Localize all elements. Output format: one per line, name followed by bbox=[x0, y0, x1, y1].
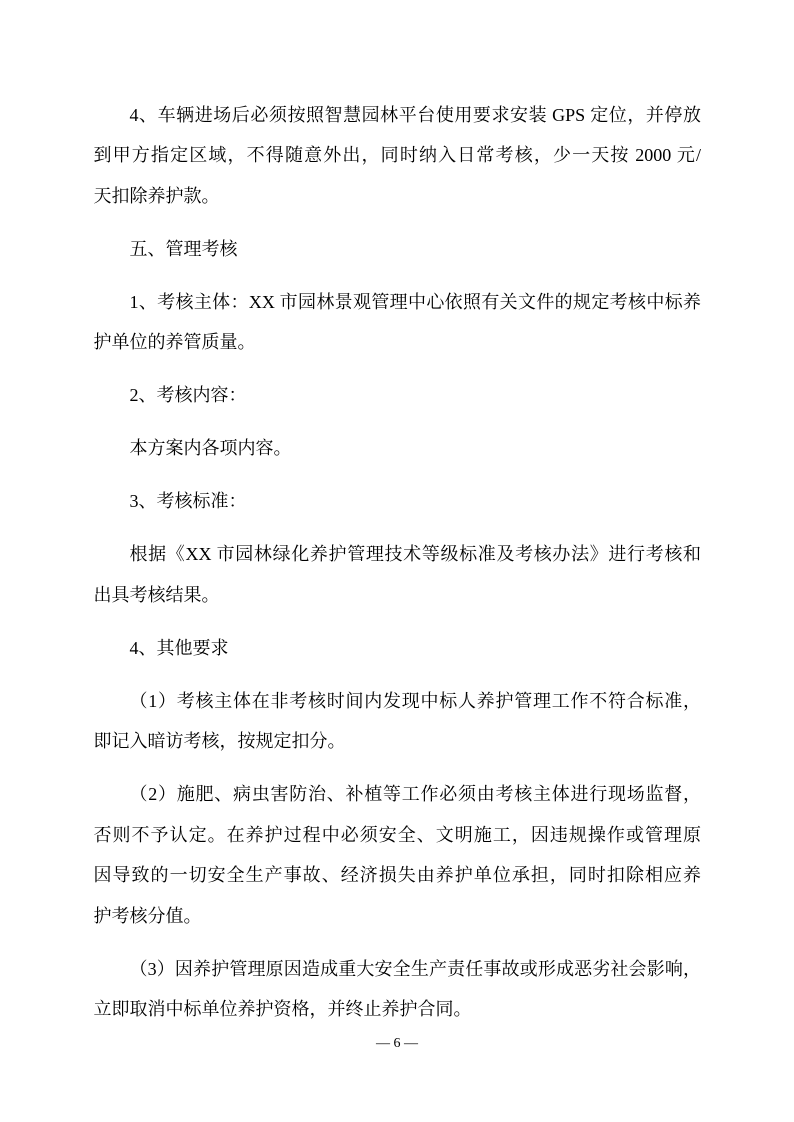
subheading-text: 2、考核内容： bbox=[94, 375, 702, 416]
text-line: （2）施肥、病虫害防治、补植等工作必须由考核主体进行现场监督， bbox=[94, 774, 702, 815]
text-line: 即记入暗访考核，按规定扣分。 bbox=[94, 721, 702, 762]
document-body: 4、车辆进场后必须按照智慧园林平台使用要求安装 GPS 定位，并停放 到甲方指定… bbox=[94, 95, 702, 1043]
text-line: 本方案内各项内容。 bbox=[94, 428, 702, 469]
paragraph-requirement-2: （2）施肥、病虫害防治、补植等工作必须由考核主体进行现场监督， 否则不予认定。在… bbox=[94, 774, 702, 936]
paragraph-assessment-standard: 根据《XX 市园林绿化养护管理技术等级标准及考核办法》进行考核和 出具考核结果。 bbox=[94, 534, 702, 615]
text-line: 出具考核结果。 bbox=[94, 575, 702, 616]
text-line: （1）考核主体在非考核时间内发现中标人养护管理工作不符合标准， bbox=[94, 681, 702, 722]
subheading-text: 3、考核标准： bbox=[94, 481, 702, 522]
text-line: 根据《XX 市园林绿化养护管理技术等级标准及考核办法》进行考核和 bbox=[94, 534, 702, 575]
text-line: 1、考核主体：XX 市园林景观管理中心依照有关文件的规定考核中标养 bbox=[94, 282, 702, 323]
text-line: 否则不予认定。在养护过程中必须安全、文明施工，因违规操作或管理原 bbox=[94, 815, 702, 856]
paragraph-requirement-3: （3）因养护管理原因造成重大安全生产责任事故或形成恶劣社会影响， 立即取消中标单… bbox=[94, 949, 702, 1030]
text-line: 立即取消中标单位养护资格，并终止养护合同。 bbox=[94, 989, 702, 1030]
text-line: 因导致的一切安全生产事故、经济损失由养护单位承担，同时扣除相应养 bbox=[94, 855, 702, 896]
section-heading-management-assessment: 五、管理考核 bbox=[94, 229, 702, 270]
subheading-assessment-standard: 3、考核标准： bbox=[94, 481, 702, 522]
subheading-other-requirements: 4、其他要求 bbox=[94, 628, 702, 669]
page-number: — 6 — bbox=[0, 1034, 794, 1054]
text-line: （3）因养护管理原因造成重大安全生产责任事故或形成恶劣社会影响， bbox=[94, 949, 702, 990]
subheading-assessment-content: 2、考核内容： bbox=[94, 375, 702, 416]
paragraph-assessment-content: 本方案内各项内容。 bbox=[94, 428, 702, 469]
document-page: 4、车辆进场后必须按照智慧园林平台使用要求安装 GPS 定位，并停放 到甲方指定… bbox=[0, 0, 794, 1122]
paragraph-vehicle-gps-requirement: 4、车辆进场后必须按照智慧园林平台使用要求安装 GPS 定位，并停放 到甲方指定… bbox=[94, 95, 702, 217]
paragraph-requirement-1: （1）考核主体在非考核时间内发现中标人养护管理工作不符合标准， 即记入暗访考核，… bbox=[94, 681, 702, 762]
text-line: 天扣除养护款。 bbox=[94, 176, 702, 217]
text-line: 到甲方指定区域，不得随意外出，同时纳入日常考核，少一天按 2000 元/ bbox=[94, 135, 702, 176]
subheading-text: 4、其他要求 bbox=[94, 628, 702, 669]
text-line: 4、车辆进场后必须按照智慧园林平台使用要求安装 GPS 定位，并停放 bbox=[94, 95, 702, 136]
section-heading-text: 五、管理考核 bbox=[94, 229, 702, 270]
text-line: 护考核分值。 bbox=[94, 896, 702, 937]
text-line: 护单位的养管质量。 bbox=[94, 322, 702, 363]
paragraph-assessment-subject: 1、考核主体：XX 市园林景观管理中心依照有关文件的规定考核中标养 护单位的养管… bbox=[94, 282, 702, 363]
